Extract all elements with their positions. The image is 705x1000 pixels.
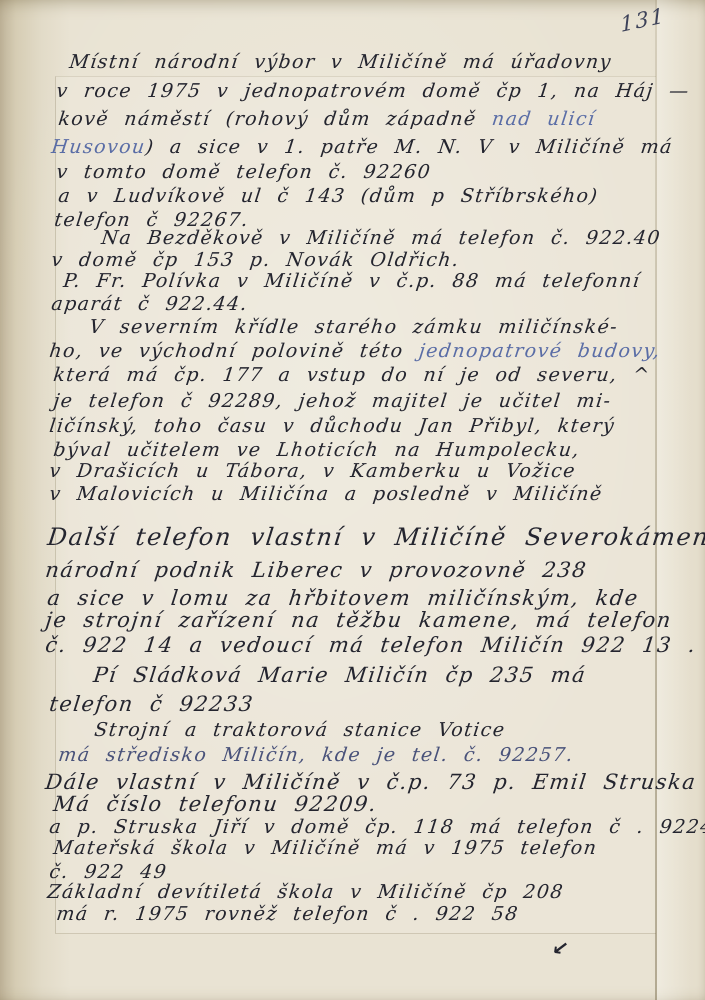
handwriting-line: Základní devítiletá škola v Miličíně čp … (46, 882, 565, 904)
handwriting-line: v Malovicích u Miličína a posledně v Mil… (48, 484, 604, 506)
handwriting-segment: kově náměstí (rohový dům západně (57, 108, 493, 130)
handwriting-line: č. 922 14 a vedoucí má telefon Miličín 9… (44, 633, 698, 657)
handwriting-segment: Místní národní výbor v Miličíně má úřado… (68, 51, 613, 73)
handwriting-segment: aparát č 922.44. (50, 293, 249, 315)
handwriting-line: a v Ludvíkově ul č 143 (dům p Stříbrskéh… (57, 186, 599, 208)
handwriting-line: aparát č 922.44. (50, 294, 249, 316)
handwriting-line: P. Fr. Polívka v Miličíně v č.p. 88 má t… (62, 271, 642, 293)
handwriting-segment: Strojní a traktorová stanice Votice (93, 719, 507, 741)
handwriting-line: má r. 1975 rovněž telefon č . 922 58 (55, 904, 520, 926)
handwriting-line: Mateřská škola v Miličíně má v 1975 tele… (52, 838, 599, 860)
handwriting-segment: je telefon č 92289, jehož majitel je uči… (52, 390, 613, 412)
handwriting-line: je strojní zařízení na těžbu kamene, má … (44, 608, 673, 632)
handwriting-segment: má středisko Miličín, kde je tel. č. 922… (57, 744, 575, 766)
handwriting-line: Místní národní výbor v Miličíně má úřado… (68, 52, 613, 74)
handwriting-line: býval učitelem ve Lhoticích na Humpoleck… (52, 440, 581, 462)
handwriting-segment: která má čp. 177 a vstup do ní je od sev… (52, 364, 652, 386)
handwriting-line: a sice v lomu za hřbitovem miličínským, … (46, 586, 640, 610)
handwriting-line: v Drašicích u Tábora, v Kamberku u Vožic… (48, 461, 577, 483)
handwriting-segment: a p. Struska Jiří v domě čp. 118 má tele… (48, 816, 705, 838)
handwriting-line: Další telefon vlastní v Miličíně Severok… (46, 524, 705, 552)
handwriting-segment: v tomto domě telefon č. 92260 (55, 161, 432, 183)
handwriting-segment: ličínský, toho času v důchodu Jan Přibyl… (48, 415, 616, 437)
handwriting-segment: Základní devítiletá škola v Miličíně čp … (46, 881, 565, 903)
handwriting-segment: Na Bezděkově v Miličíně má telefon č. 92… (100, 227, 662, 249)
handwritten-text-block: Místní národní výbor v Miličíně má úřado… (0, 0, 705, 1000)
arrow-mark: ↙ (550, 935, 570, 961)
chronicle-page: 131 Místní národní výbor v Miličíně má ú… (0, 0, 705, 1000)
handwriting-line: má středisko Miličín, kde je tel. č. 922… (57, 745, 575, 767)
handwriting-segment: Husovou (50, 136, 147, 158)
handwriting-line: v tomto domě telefon č. 92260 (55, 162, 432, 184)
handwriting-segment: Dále vlastní v Miličíně v č.p. 73 p. Emi… (44, 770, 698, 794)
handwriting-segment: P. Fr. Polívka v Miličíně v č.p. 88 má t… (62, 270, 642, 292)
handwriting-line: národní podnik Liberec v provozovně 238 (44, 558, 589, 582)
handwriting-segment: v roce 1975 v jednopatrovém domě čp 1, n… (55, 80, 691, 102)
handwriting-line: ho, ve východní polovině této jednopatro… (48, 341, 662, 363)
handwriting-segment: v Drašicích u Tábora, v Kamberku u Vožic… (48, 460, 577, 482)
handwriting-line: ličínský, toho času v důchodu Jan Přibyl… (48, 416, 616, 438)
handwriting-line: která má čp. 177 a vstup do ní je od sev… (52, 365, 652, 387)
handwriting-segment: je strojní zařízení na těžbu kamene, má … (44, 608, 673, 632)
handwriting-segment: č. 922 49 (48, 861, 169, 883)
handwriting-segment: č. 922 14 a vedoucí má telefon Miličín 9… (44, 633, 698, 657)
handwriting-line: V severním křídle starého zámku miličíns… (88, 317, 619, 339)
handwriting-segment: má r. 1975 rovněž telefon č . 922 58 (55, 903, 520, 925)
handwriting-segment: Pí Sládková Marie Miličín čp 235 má (92, 663, 588, 687)
handwriting-line: v roce 1975 v jednopatrovém domě čp 1, n… (55, 81, 691, 103)
handwriting-line: Má číslo telefonu 92209. (52, 792, 379, 816)
handwriting-line: Pí Sládková Marie Miličín čp 235 má (92, 663, 588, 687)
handwriting-segment: jednopatrové budovy, (418, 340, 662, 362)
handwriting-segment: Má číslo telefonu 92209. (52, 792, 379, 816)
handwriting-segment: býval učitelem ve Lhoticích na Humpoleck… (52, 439, 581, 461)
handwriting-segment: V severním křídle starého zámku miličíns… (88, 316, 619, 338)
handwriting-segment: a v Ludvíkově ul č 143 (dům p Stříbrskéh… (57, 185, 600, 207)
handwriting-line: a p. Struska Jiří v domě čp. 118 má tele… (48, 817, 705, 839)
handwriting-segment: a sice v lomu za hřbitovem miličínským, … (46, 586, 640, 610)
handwriting-segment: Další telefon vlastní v Miličíně Severok… (46, 523, 705, 551)
handwriting-segment: Mateřská škola v Miličíně má v 1975 tele… (52, 837, 599, 859)
handwriting-segment: nad ulicí (491, 108, 597, 130)
handwriting-segment: ) a sice v 1. patře M. N. V v Miličíně m… (144, 136, 674, 158)
handwriting-segment: v Malovicích u Miličína a posledně v Mil… (48, 483, 604, 505)
handwriting-segment: národní podnik Liberec v provozovně 238 (44, 558, 589, 582)
handwriting-line: telefon č 92233 (48, 692, 255, 716)
handwriting-line: Husovou) a sice v 1. patře M. N. V v Mil… (50, 137, 674, 159)
handwriting-segment: v domě čp 153 p. Novák Oldřich. (50, 249, 461, 271)
handwriting-line: Dále vlastní v Miličíně v č.p. 73 p. Emi… (44, 770, 698, 794)
handwriting-line: kově náměstí (rohový dům západně nad uli… (57, 109, 597, 131)
handwriting-line: je telefon č 92289, jehož majitel je uči… (52, 391, 613, 413)
handwriting-line: v domě čp 153 p. Novák Oldřich. (50, 250, 461, 272)
handwriting-segment: telefon č 92233 (48, 692, 255, 716)
handwriting-segment: ho, ve východní polovině této (48, 340, 420, 362)
handwriting-line: Na Bezděkově v Miličíně má telefon č. 92… (100, 228, 662, 250)
handwriting-line: Strojní a traktorová stanice Votice (93, 720, 507, 742)
